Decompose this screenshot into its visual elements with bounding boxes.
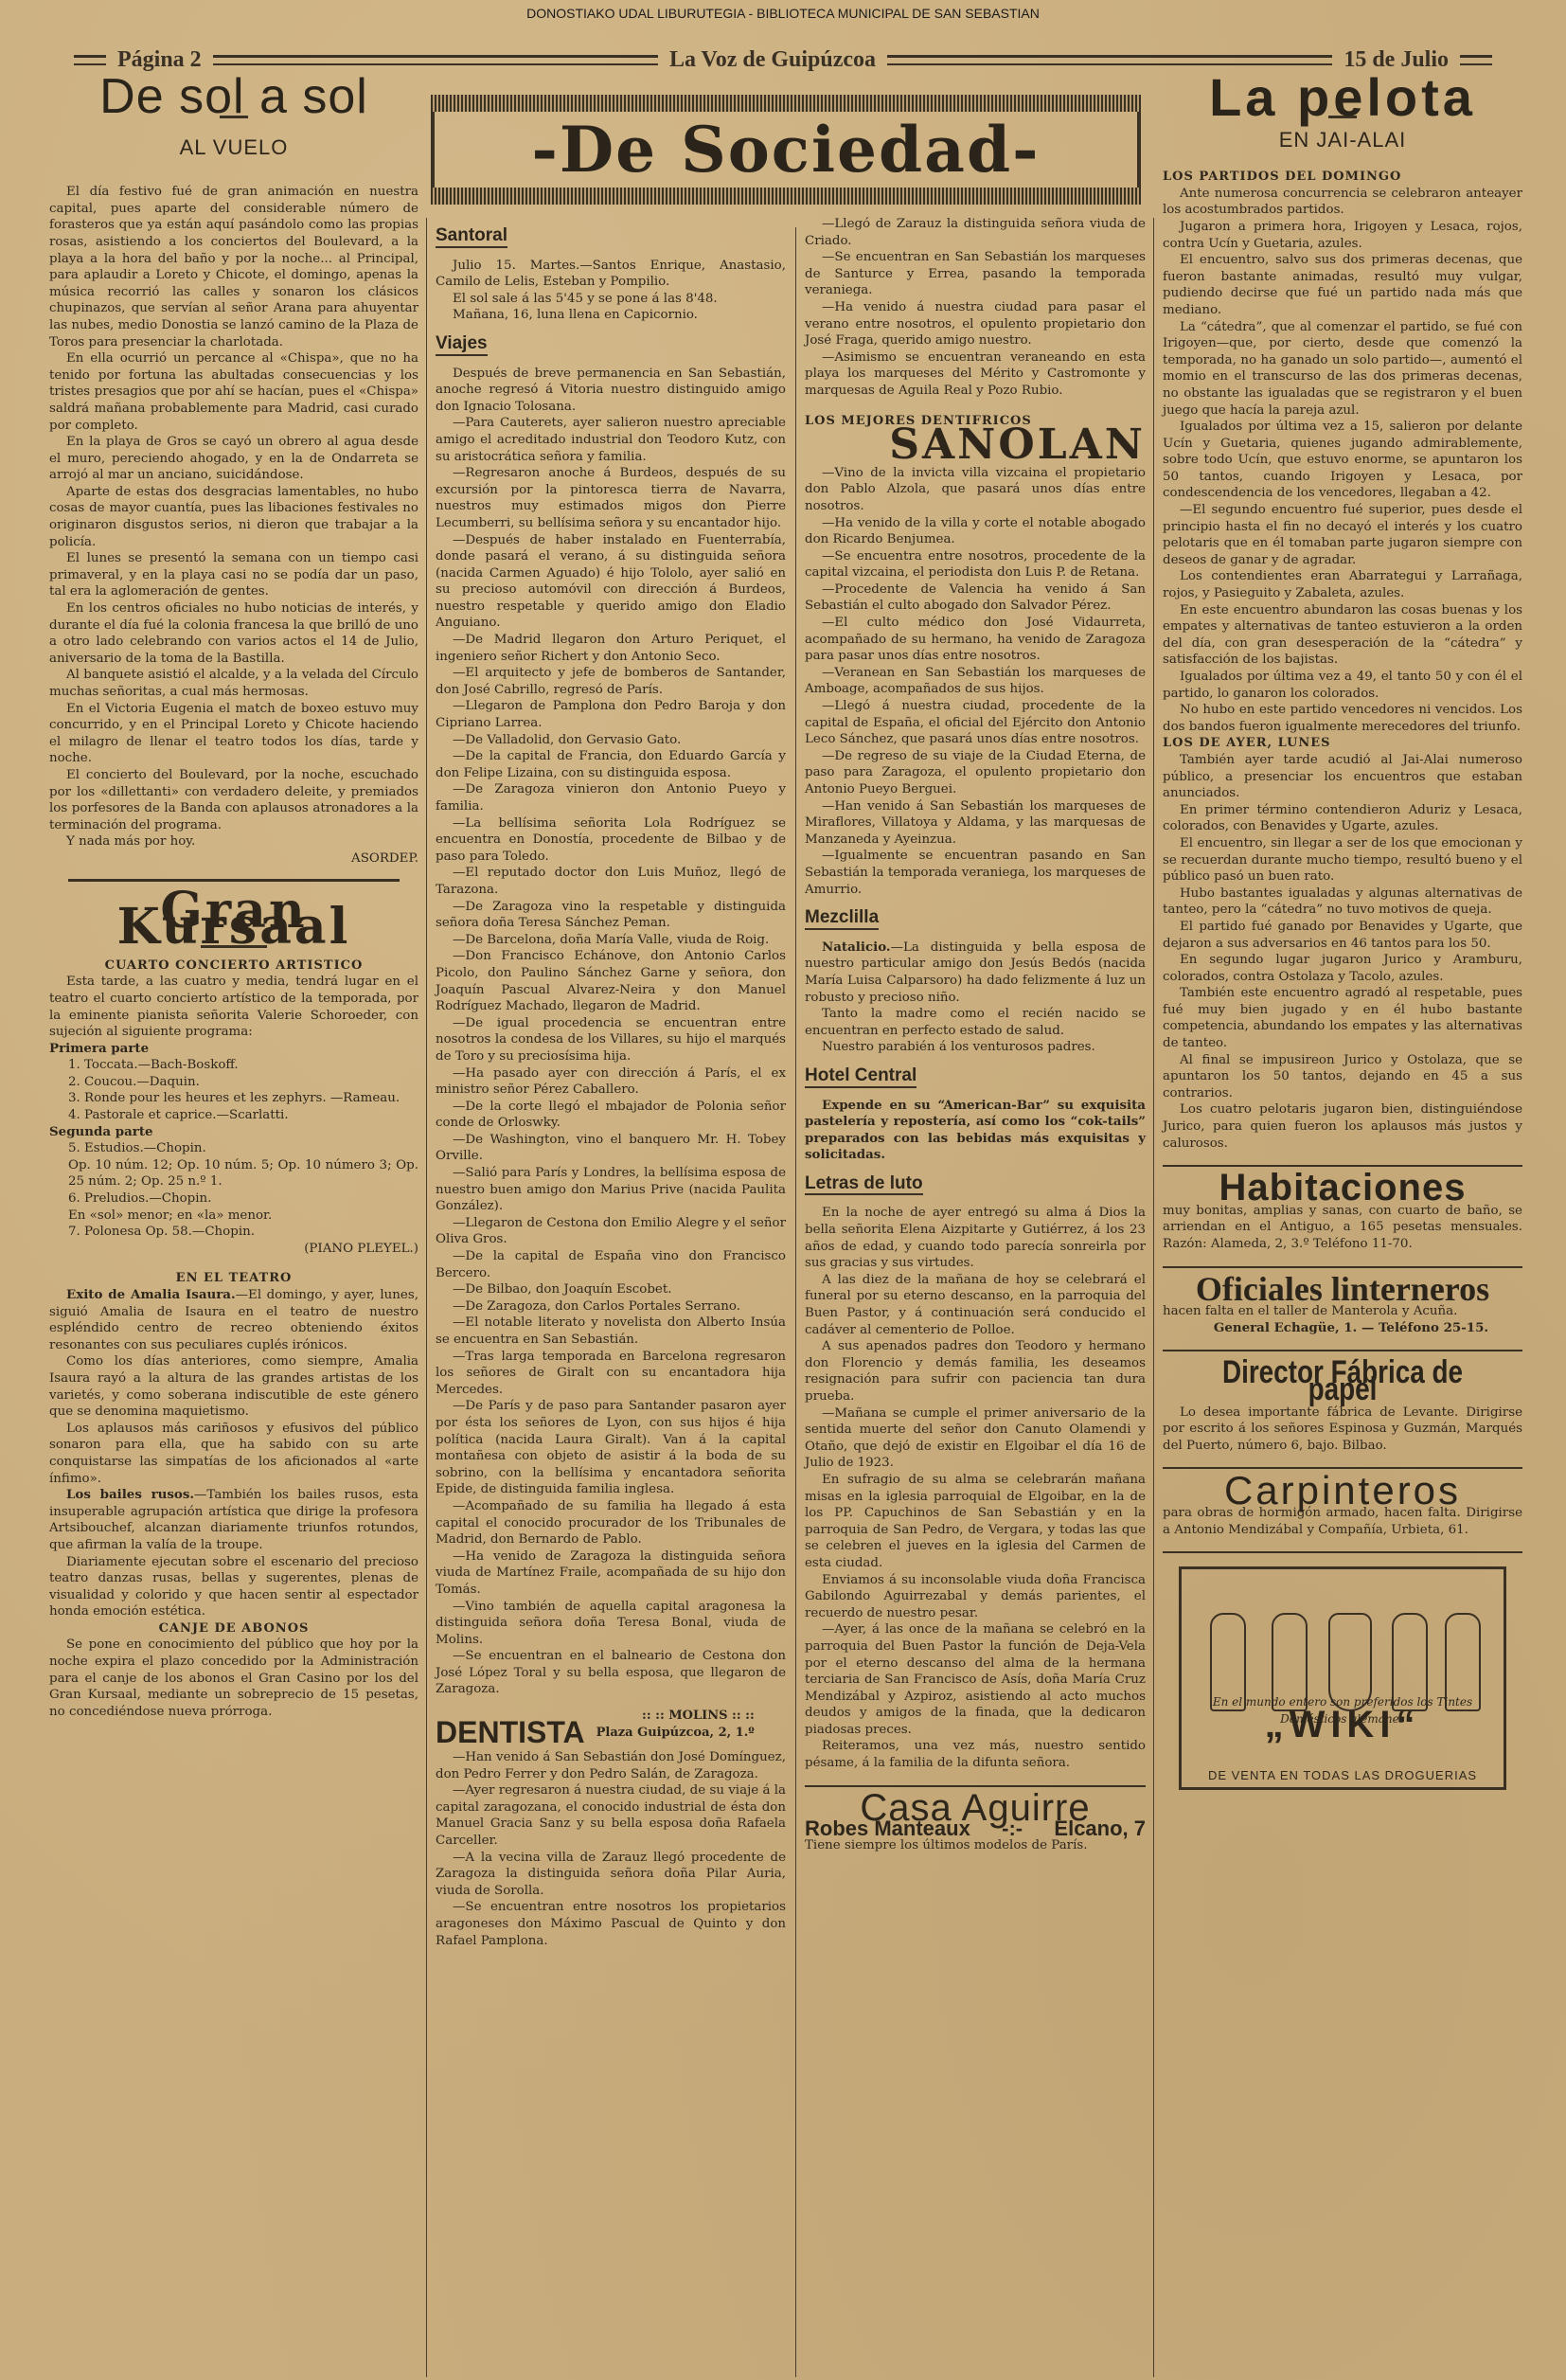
paragraph: Julio 15. Martes.—Santos Enrique, Anasta…	[436, 258, 786, 291]
program-item: En «sol» menor; en «la» menor.	[68, 1208, 418, 1225]
paragraph: —Se encuentra entre nosotros, procedente…	[805, 548, 1146, 582]
section-subtitle: EN JAI-ALAI	[1163, 132, 1522, 149]
natalicio-lead: Natalicio.	[822, 939, 891, 955]
column-de-sol-a-sol: De sol a sol AL VUELO El día festivo fué…	[49, 87, 418, 1720]
paragraph: —Asimismo se encuentran veraneando en es…	[805, 349, 1146, 400]
paragraph: —Ha venido de Zaragoza la distinguida se…	[436, 1548, 786, 1599]
teatro-lead: Exito de Amalia Isaura.	[66, 1287, 236, 1302]
divider	[1163, 1266, 1522, 1268]
paragraph: No hubo en este partido vencedores ni ve…	[1163, 702, 1522, 735]
paragraph: —Veranean en San Sebastián los marqueses…	[805, 665, 1146, 698]
santoral-heading: Santoral	[436, 227, 507, 248]
natalicio-paragraph: Natalicio.—La distinguida y bella esposa…	[805, 939, 1146, 1006]
kursaal-title: Gran Kursaal	[49, 903, 418, 936]
paragraph: —El notable literato y novelista don Alb…	[436, 1315, 786, 1348]
paragraph: —Llegaron de Pamplona don Pedro Baroja y…	[436, 698, 786, 731]
paragraph: —Se encuentran en San Sebastián los marq…	[805, 249, 1146, 299]
paragraph: —El reputado doctor don Luis Muñoz, lleg…	[436, 865, 786, 898]
paragraph: El día festivo fué de gran animación en …	[49, 184, 418, 350]
canje-heading: CANJE DE ABONOS	[49, 1620, 418, 1637]
luto-heading: Letras de luto	[805, 1175, 923, 1196]
director-title: Director Fábrica de papel	[1195, 1365, 1490, 1398]
paragraph: Nuestro parabién á los venturosos padres…	[805, 1039, 1146, 1056]
viajes-continued: —Llegó de Zarauz la distinguida señora v…	[805, 216, 1146, 400]
paragraph: —Igualmente se encuentran pasando en San…	[805, 848, 1146, 898]
paragraph: A sus apenados padres don Teodoro y herm…	[805, 1338, 1146, 1405]
paragraph: El sol sale á las 5'45 y se pone á las 8…	[436, 291, 786, 308]
paragraph: En primer término contendieron Aduriz y …	[1163, 802, 1522, 835]
paragraph: El encuentro, salvo sus dos primeras dec…	[1163, 252, 1522, 318]
paragraph: En la playa de Gros se cayó un obrero al…	[49, 434, 418, 484]
bailes-lead: Los bailes rusos.	[66, 1487, 194, 1502]
paragraph: En los centros oficiales no hubo noticia…	[49, 600, 418, 667]
column-sociedad-left: Santoral Julio 15. Martes.—Santos Enriqu…	[436, 216, 786, 1949]
section-subtitle: AL VUELO	[49, 139, 418, 156]
viajes-body: Después de breve permanencia en San Seba…	[436, 366, 786, 1699]
dentista-name: :: :: MOLINS :: ::	[596, 1708, 755, 1725]
program-part1-label: Primera parte	[49, 1041, 418, 1058]
section-title: La pelota	[1163, 89, 1522, 106]
paragraph: —Se encuentran entre nosotros los propie…	[436, 1899, 786, 1949]
program-item: 7. Polonesa Op. 58.—Chopin.	[68, 1224, 418, 1241]
hotel-heading: Hotel Central	[805, 1067, 916, 1088]
paragraph: —Ayer regresaron á nuestra ciudad, de su…	[436, 1782, 786, 1849]
paragraph: La “cátedra”, que al comenzar el partido…	[1163, 319, 1522, 420]
paragraph: —Vino también de aquella capital aragone…	[436, 1599, 786, 1649]
concert-intro: Esta tarde, a las cuatro y media, tendrá…	[49, 974, 418, 1040]
teatro-heading: EN EL TEATRO	[49, 1270, 418, 1287]
bailes-body: Diariamente ejecutan sobre el escenario …	[49, 1554, 418, 1620]
paragraph: —Llegó á nuestra ciudad, procedente de l…	[805, 698, 1146, 748]
paragraph: Al final se impusireon Jurico y Ostolaza…	[1163, 1052, 1522, 1102]
paragraph: —Procedente de Valencia ha venido á San …	[805, 582, 1146, 615]
paragraph: Hubo bastantes igualadas y algunas alter…	[1163, 886, 1522, 919]
paragraph: —Llegaron de Cestona don Emilio Alegre y…	[436, 1215, 786, 1248]
director-text: Lo desea importante fábrica de Levante. …	[1163, 1405, 1522, 1455]
section-title: De sol a sol	[49, 89, 418, 106]
viajes-continued: —Vino de la invicta villa vizcaina el pr…	[805, 465, 1146, 898]
paragraph: —Vino de la invicta villa vizcaina el pr…	[805, 465, 1146, 515]
de-sociedad-title: -De Sociedad-	[431, 112, 1141, 188]
paragraph: —De Zaragoza, don Carlos Portales Serran…	[436, 1298, 786, 1315]
mezclilla-heading: Mezclilla	[805, 909, 879, 930]
lunes-heading: LOS DE AYER, LUNES	[1163, 735, 1522, 752]
program-part2-label: Segunda parte	[49, 1124, 418, 1141]
teatro-lead-paragraph: Exito de Amalia Isaura.—El domingo, y ay…	[49, 1287, 418, 1353]
paragraph: Ante numerosa concurrencia se celebraron…	[1163, 186, 1522, 219]
program-part1: 1. Toccata.—Bach-Boskoff.2. Coucou.—Daqu…	[49, 1057, 418, 1123]
santoral-body: Julio 15. Martes.—Santos Enrique, Anasta…	[436, 258, 786, 324]
bailes-lead-paragraph: Los bailes rusos.—También los bailes rus…	[49, 1487, 418, 1553]
paragraph: Tanto la madre como el recién nacido se …	[805, 1006, 1146, 1039]
wiki-footer: DE VENTA EN TODAS LAS DROGUERIAS	[1182, 1767, 1504, 1784]
program-part2: 5. Estudios.—Chopin.Op. 10 núm. 12; Op. …	[49, 1140, 418, 1241]
masthead-rule	[74, 55, 106, 65]
masthead-rule	[213, 55, 658, 65]
paragraph: Igualados por última vez a 15, salieron …	[1163, 419, 1522, 502]
casa-right: Elcano, 7	[1054, 1820, 1146, 1837]
carpinteros-title: Carpinteros	[1163, 1482, 1522, 1499]
paragraph: También ayer tarde acudió al Jai-Alai nu…	[1163, 752, 1522, 802]
paragraph: —Ha venido á nuestra ciudad para pasar e…	[805, 299, 1146, 349]
paragraph: Y nada más por hoy.	[49, 833, 418, 850]
archive-header: DONOSTIAKO UDAL LIBURUTEGIA - BIBLIOTECA…	[0, 6, 1566, 21]
paragraph: Reiteramos, una vez más, nuestro sentido…	[805, 1738, 1146, 1771]
casa-left: Robes Manteaux	[805, 1820, 970, 1837]
program-item: 5. Estudios.—Chopin.	[68, 1140, 418, 1157]
viajes-body-continued: —Han venido á San Sebastián don José Dom…	[436, 1749, 786, 1949]
sanolan-ad: SANOLAN	[805, 437, 1146, 454]
piano-note: (PIANO PLEYEL.)	[49, 1241, 418, 1258]
paragraph: —Acompañado de su familia ha llegado á e…	[436, 1498, 786, 1548]
dentista-ad: DENTISTA :: :: MOLINS :: :: Plaza Guipúz…	[436, 1708, 786, 1742]
viajes-heading: Viajes	[436, 335, 488, 356]
concert-heading: CUARTO CONCIERTO ARTISTICO	[49, 957, 418, 975]
paragraph: —El culto médico don José Vidaurreta, ac…	[805, 615, 1146, 665]
paragraph: —De Barcelona, doña María Valle, viuda d…	[436, 932, 786, 949]
dentista-address: Plaza Guipúzcoa, 2, 1.º	[596, 1725, 755, 1742]
paragraph: —De Zaragoza vinieron don Antonio Pueyo …	[436, 781, 786, 814]
paragraph: —De la capital de Francia, don Eduardo G…	[436, 748, 786, 781]
paragraph: —Ha venido de la villa y corte el notabl…	[805, 515, 1146, 548]
paragraph: En segundo lugar jugaron Jurico y Arambu…	[1163, 952, 1522, 985]
paragraph: En la noche de ayer entregó su alma á Di…	[805, 1205, 1146, 1271]
paragraph: Igualados por última vez a 49, el tanto …	[1163, 669, 1522, 702]
paragraph: —Tras larga temporada en Barcelona regre…	[436, 1349, 786, 1399]
de-sociedad-banner: -De Sociedad-	[431, 95, 1141, 208]
paragraph: En ella ocurrió un percance al «Chispa»,…	[49, 350, 418, 434]
carpinteros-text: para obras de hormigón armado, hacen fal…	[1163, 1505, 1522, 1538]
program-item: 1. Toccata.—Bach-Boskoff.	[68, 1057, 418, 1074]
lunes-body: También ayer tarde acudió al Jai-Alai nu…	[1163, 752, 1522, 1152]
divider	[1163, 1551, 1522, 1553]
natalicio-body: Tanto la madre como el recién nacido se …	[805, 1006, 1146, 1056]
banner-hatching	[431, 95, 1141, 112]
paragraph: —Para Cauterets, ayer salieron nuestro a…	[436, 415, 786, 465]
domingo-body: Ante numerosa concurrencia se celebraron…	[1163, 186, 1522, 736]
article-body: El día festivo fué de gran animación en …	[49, 184, 418, 850]
paragraph: Los cuatro pelotaris jugaron bien, disti…	[1163, 1101, 1522, 1152]
paragraph: —Han venido á San Sebastián don José Dom…	[436, 1749, 786, 1782]
paragraph: —De la capital de España vino don Franci…	[436, 1248, 786, 1281]
hotel-text: Expende en su “American-Bar” su exquisit…	[805, 1098, 1146, 1164]
oficiales-address: General Echagüe, 1. — Teléfono 25-15.	[1163, 1320, 1522, 1337]
oficiales-title: Oficiales linterneros	[1163, 1281, 1522, 1298]
casa-sep: -:-	[1002, 1820, 1023, 1837]
paragraph: —De Madrid llegaron don Arturo Periquet,…	[436, 632, 786, 665]
dentista-title: DENTISTA	[436, 1725, 585, 1742]
paragraph: El partido fué ganado por Benavides y Ug…	[1163, 919, 1522, 952]
paragraph: —El arquitecto y jefe de bomberos de San…	[436, 665, 786, 698]
paragraph: —De regreso de su viaje de la Ciudad Ete…	[805, 748, 1146, 798]
program-item: 3. Ronde pour les heures et les zephyrs.…	[68, 1090, 418, 1107]
paragraph: —A la vecina villa de Zarauz llegó proce…	[436, 1850, 786, 1900]
habitaciones-title: Habitaciones	[1163, 1180, 1522, 1197]
casa-aguirre-title: Casa Aguirre	[805, 1800, 1146, 1817]
wiki-brand: „WIKI“	[1182, 1717, 1504, 1734]
paragraph: —De Valladolid, don Gervasio Gato.	[436, 732, 786, 749]
column-divider	[795, 227, 796, 2377]
paragraph: —Ha pasado ayer con dirección á París, e…	[436, 1065, 786, 1099]
masthead-rule	[887, 55, 1332, 65]
paragraph: —Mañana se cumple el primer aniversario …	[805, 1405, 1146, 1472]
paragraph: —Don Francisco Echánove, don Antonio Car…	[436, 948, 786, 1014]
paragraph: También este encuentro agradó al respeta…	[1163, 985, 1522, 1051]
program-item: 6. Preludios.—Chopin.	[68, 1190, 418, 1208]
program-item: 2. Coucou.—Daquin.	[68, 1074, 418, 1091]
paragraph: Aparte de estas dos desgracias lamentabl…	[49, 484, 418, 550]
paragraph: —Han venido á San Sebastián los marquese…	[805, 798, 1146, 849]
column-sociedad-right: —Llegó de Zarauz la distinguida señora v…	[805, 216, 1146, 1853]
paragraph: —De París y de paso para Santander pasar…	[436, 1398, 786, 1498]
program-item: Op. 10 núm. 12; Op. 10 núm. 5; Op. 10 nú…	[68, 1157, 418, 1190]
paragraph: —Ayer, á las once de la mañana se celebr…	[805, 1621, 1146, 1738]
paragraph: —La bellísima señorita Lola Rodríguez se…	[436, 815, 786, 866]
paragraph: Jugaron a primera hora, Irigoyen y Lesac…	[1163, 219, 1522, 252]
paragraph: Los aplausos más cariñosos y efusivos de…	[49, 1421, 418, 1487]
divider	[1163, 1350, 1522, 1351]
paragraph: —De Washington, vino el banquero Mr. H. …	[436, 1132, 786, 1165]
signature: ASORDEP.	[49, 850, 418, 868]
paragraph: —Llegó de Zarauz la distinguida señora v…	[805, 216, 1146, 249]
habitaciones-text: muy bonitas, amplias y sanas, con cuarto…	[1163, 1203, 1522, 1253]
paragraph: A las diez de la mañana de hoy se celebr…	[805, 1272, 1146, 1338]
paragraph: Diariamente ejecutan sobre el escenario …	[49, 1554, 418, 1620]
newspaper-name: La Voz de Guipúzcoa	[669, 47, 876, 73]
paragraph: Al banquete asistió el alcalde, y a la v…	[49, 667, 418, 700]
paragraph: Como los días anteriores, como siempre, …	[49, 1353, 418, 1420]
paragraph: En este encuentro abundaron las cosas bu…	[1163, 602, 1522, 669]
program-item: 4. Pastorale et caprice.—Scarlatti.	[68, 1107, 418, 1124]
paragraph: —De Bilbao, don Joaquín Escobet.	[436, 1281, 786, 1298]
teatro-body: Como los días anteriores, como siempre, …	[49, 1353, 418, 1487]
paragraph: —De Zaragoza vino la respetable y distin…	[436, 899, 786, 932]
paragraph: —Después de haber instalado en Fuenterra…	[436, 532, 786, 633]
canje-text: Se pone en conocimiento del público que …	[49, 1637, 418, 1720]
paragraph: —Regresaron anoche á Burdeos, después de…	[436, 465, 786, 531]
column-divider	[426, 218, 427, 2377]
paragraph: Los contendientes eran Abarrategui y Lar…	[1163, 568, 1522, 601]
paragraph: En el Victoria Eugenia el match de boxeo…	[49, 701, 418, 767]
paragraph: —De la corte llegó el mbajador de Poloni…	[436, 1099, 786, 1132]
paragraph: Después de breve permanencia en San Seba…	[436, 366, 786, 416]
banner-hatching	[431, 188, 1141, 205]
paragraph: —Se encuentran en el balneario de Ceston…	[436, 1648, 786, 1698]
paragraph: —Salió para París y Londres, la bellísim…	[436, 1165, 786, 1215]
paragraph: —De igual procedencia se encuentran entr…	[436, 1015, 786, 1065]
paragraph: El encuentro, sin llegar a ser de los qu…	[1163, 835, 1522, 886]
paragraph: En sufragio de su alma se celebrarán mañ…	[805, 1472, 1146, 1572]
paragraph: El concierto del Boulevard, por la noche…	[49, 767, 418, 833]
paragraph: Mañana, 16, luna llena en Capicornio.	[436, 307, 786, 324]
paragraph: —El segundo encuentro fué superior, pues…	[1163, 502, 1522, 568]
masthead-rule	[1460, 55, 1492, 65]
wiki-ad: En el mundo entero son preferidos los Ti…	[1179, 1566, 1506, 1790]
paragraph: El lunes se presentó la semana con un ti…	[49, 550, 418, 600]
column-la-pelota: La pelota EN JAI-ALAI LOS PARTIDOS DEL D…	[1163, 87, 1522, 1790]
luto-body: En la noche de ayer entregó su alma á Di…	[805, 1205, 1146, 1771]
column-divider	[1153, 218, 1154, 2377]
domingo-heading: LOS PARTIDOS DEL DOMINGO	[1163, 169, 1522, 186]
paragraph: Enviamos á su inconsolable viuda doña Fr…	[805, 1572, 1146, 1622]
